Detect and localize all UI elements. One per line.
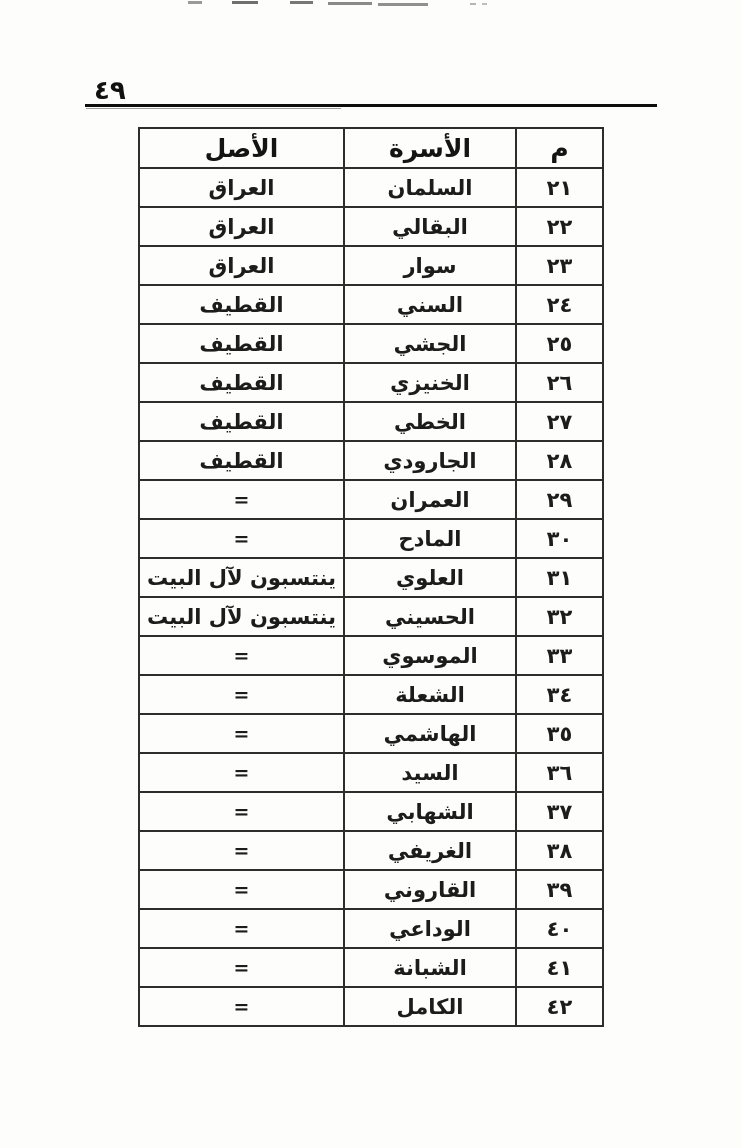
cell-origin: = xyxy=(139,636,344,675)
cell-family: العلوي xyxy=(344,558,516,597)
header-rule xyxy=(85,104,657,107)
cell-family: السني xyxy=(344,285,516,324)
header-family: الأسرة xyxy=(344,128,516,168)
cell-family: الهاشمي xyxy=(344,714,516,753)
table-row: ٣٣الموسوي= xyxy=(139,636,603,675)
table-row: ٤١الشبانة= xyxy=(139,948,603,987)
scan-artifact xyxy=(482,3,487,5)
table-row: ٢٩العمران= xyxy=(139,480,603,519)
cell-origin: القطيف xyxy=(139,363,344,402)
table-row: ٣١العلويينتسبون لآل البيت xyxy=(139,558,603,597)
table-row: ٢٣سوارالعراق xyxy=(139,246,603,285)
cell-origin: = xyxy=(139,792,344,831)
scan-artifact xyxy=(232,1,258,4)
table-row: ٢٦الخنيزيالقطيف xyxy=(139,363,603,402)
header-num: م xyxy=(516,128,603,168)
table-row: ٤٠الوداعي= xyxy=(139,909,603,948)
cell-family: العمران xyxy=(344,480,516,519)
families-table: م الأسرة الأصل ٢١السلمانالعراق٢٢البقاليا… xyxy=(138,127,604,1027)
cell-num: ٣٥ xyxy=(516,714,603,753)
cell-origin: = xyxy=(139,714,344,753)
table-row: ٣٦السيد= xyxy=(139,753,603,792)
cell-num: ٢٧ xyxy=(516,402,603,441)
scan-artifact xyxy=(188,1,202,4)
cell-num: ٢١ xyxy=(516,168,603,207)
cell-origin: العراق xyxy=(139,207,344,246)
table-row: ٢٢البقاليالعراق xyxy=(139,207,603,246)
cell-family: الخنيزي xyxy=(344,363,516,402)
cell-family: الوداعي xyxy=(344,909,516,948)
cell-num: ٢٢ xyxy=(516,207,603,246)
cell-origin: ينتسبون لآل البيت xyxy=(139,558,344,597)
cell-origin: = xyxy=(139,480,344,519)
cell-family: الكامل xyxy=(344,987,516,1026)
cell-origin: = xyxy=(139,948,344,987)
cell-num: ٢٨ xyxy=(516,441,603,480)
cell-origin: = xyxy=(139,909,344,948)
cell-family: الشعلة xyxy=(344,675,516,714)
cell-family: السلمان xyxy=(344,168,516,207)
cell-num: ٣٠ xyxy=(516,519,603,558)
cell-origin: = xyxy=(139,753,344,792)
cell-num: ٢٩ xyxy=(516,480,603,519)
cell-num: ٢٦ xyxy=(516,363,603,402)
cell-num: ٤٠ xyxy=(516,909,603,948)
cell-family: الحسيني xyxy=(344,597,516,636)
cell-family: الموسوي xyxy=(344,636,516,675)
cell-origin: = xyxy=(139,675,344,714)
cell-num: ٢٣ xyxy=(516,246,603,285)
table-row: ٢٤السنيالقطيف xyxy=(139,285,603,324)
table-row: ٣٤الشعلة= xyxy=(139,675,603,714)
table-row: ٣٩القاروني= xyxy=(139,870,603,909)
page-number: ٤٩ xyxy=(94,76,126,106)
cell-family: الشهابي xyxy=(344,792,516,831)
cell-origin: العراق xyxy=(139,168,344,207)
table-header-row: م الأسرة الأصل xyxy=(139,128,603,168)
cell-num: ٣٦ xyxy=(516,753,603,792)
cell-family: البقالي xyxy=(344,207,516,246)
table-row: ٣٥الهاشمي= xyxy=(139,714,603,753)
document-page: ٤٩ م الأسرة الأصل ٢١السلمانالعراق٢٢البقا… xyxy=(0,0,741,1148)
table-row: ٢١السلمانالعراق xyxy=(139,168,603,207)
cell-family: الغريفي xyxy=(344,831,516,870)
cell-num: ٣٤ xyxy=(516,675,603,714)
table-row: ٤٢الكامل= xyxy=(139,987,603,1026)
table-row: ٢٥الجشيالقطيف xyxy=(139,324,603,363)
cell-origin: = xyxy=(139,519,344,558)
cell-origin: = xyxy=(139,987,344,1026)
cell-origin: القطيف xyxy=(139,441,344,480)
cell-num: ٣٧ xyxy=(516,792,603,831)
cell-family: الجشي xyxy=(344,324,516,363)
cell-num: ٣٩ xyxy=(516,870,603,909)
cell-origin: = xyxy=(139,831,344,870)
cell-num: ٣٢ xyxy=(516,597,603,636)
table-row: ٣٨الغريفي= xyxy=(139,831,603,870)
cell-origin: ينتسبون لآل البيت xyxy=(139,597,344,636)
table-body: ٢١السلمانالعراق٢٢البقاليالعراق٢٣سوارالعر… xyxy=(139,168,603,1026)
cell-origin: العراق xyxy=(139,246,344,285)
scan-artifact xyxy=(378,3,428,6)
cell-family: السيد xyxy=(344,753,516,792)
table-row: ٣٢الحسينيينتسبون لآل البيت xyxy=(139,597,603,636)
cell-family: الخطي xyxy=(344,402,516,441)
header-origin: الأصل xyxy=(139,128,344,168)
cell-family: سوار xyxy=(344,246,516,285)
cell-num: ٣٨ xyxy=(516,831,603,870)
cell-family: الشبانة xyxy=(344,948,516,987)
scan-artifact xyxy=(470,3,476,5)
cell-origin: القطيف xyxy=(139,402,344,441)
cell-num: ٣٣ xyxy=(516,636,603,675)
cell-num: ٢٥ xyxy=(516,324,603,363)
cell-family: الجارودي xyxy=(344,441,516,480)
cell-family: القاروني xyxy=(344,870,516,909)
cell-num: ٢٤ xyxy=(516,285,603,324)
cell-origin: القطيف xyxy=(139,285,344,324)
cell-origin: القطيف xyxy=(139,324,344,363)
cell-origin: = xyxy=(139,870,344,909)
table-row: ٣٧الشهابي= xyxy=(139,792,603,831)
scan-artifact xyxy=(290,1,313,4)
scan-artifact xyxy=(328,2,372,5)
table-row: ٣٠المادح= xyxy=(139,519,603,558)
cell-num: ٣١ xyxy=(516,558,603,597)
cell-num: ٤٢ xyxy=(516,987,603,1026)
table-row: ٢٧الخطيالقطيف xyxy=(139,402,603,441)
header-rule-echo xyxy=(86,108,341,109)
table-row: ٢٨الجاروديالقطيف xyxy=(139,441,603,480)
cell-num: ٤١ xyxy=(516,948,603,987)
cell-family: المادح xyxy=(344,519,516,558)
